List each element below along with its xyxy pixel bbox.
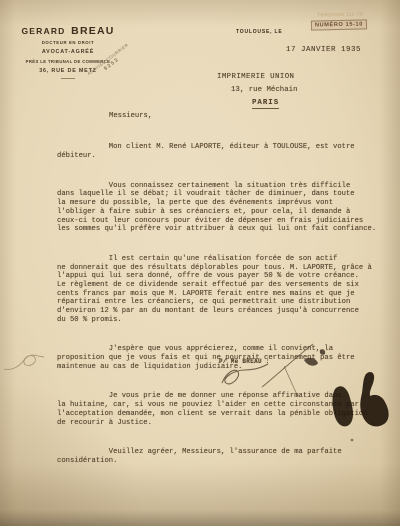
sender-last-name: BREAU bbox=[71, 25, 114, 37]
sender-title-doctorate: DOCTEUR EN DROIT bbox=[18, 40, 118, 45]
place-label: TOULOUSE, LE bbox=[236, 29, 282, 35]
sender-first-name: GERARD bbox=[21, 26, 65, 36]
sender-name: GERARD BREAU bbox=[18, 24, 118, 37]
pencil-doodle bbox=[4, 355, 44, 369]
recipient-city: PARIS bbox=[252, 99, 279, 109]
letter-date: 17 JANVIER 1935 bbox=[286, 46, 361, 54]
signature-label: P/ Me BREAU : bbox=[219, 358, 270, 365]
recipient-street: 13, rue Méchain bbox=[231, 86, 298, 94]
salutation: Messieurs, bbox=[109, 112, 152, 120]
sender-title-avocat: AVOCAT-AGRÉÉ bbox=[18, 49, 118, 55]
paragraph-situation: Vous connaissez certainement la situatio… bbox=[57, 182, 397, 234]
paragraph-deadline: Je vous prie de me donner une réponse af… bbox=[57, 392, 397, 427]
phone-stamp-new: NUMÉRO 15-10 bbox=[311, 19, 367, 30]
letter-page: GERARD BREAU DOCTEUR EN DROIT AVOCAT-AGR… bbox=[0, 0, 400, 526]
paragraph-offer: Il est certain qu'une réalisation forcée… bbox=[57, 255, 397, 325]
phone-stamp-old: Téléphone 111-78 bbox=[317, 12, 363, 18]
letterhead-rule bbox=[61, 78, 75, 79]
letter-body: Mon client M. René LAPORTE, éditeur à TO… bbox=[57, 126, 397, 486]
recipient-name: IMPRIMERIE UNION bbox=[217, 73, 294, 81]
paragraph-debtor: Mon client M. René LAPORTE, éditeur à TO… bbox=[57, 143, 397, 160]
paragraph-closing: Veuillez agréer, Messieurs, l'assurance … bbox=[57, 448, 397, 465]
